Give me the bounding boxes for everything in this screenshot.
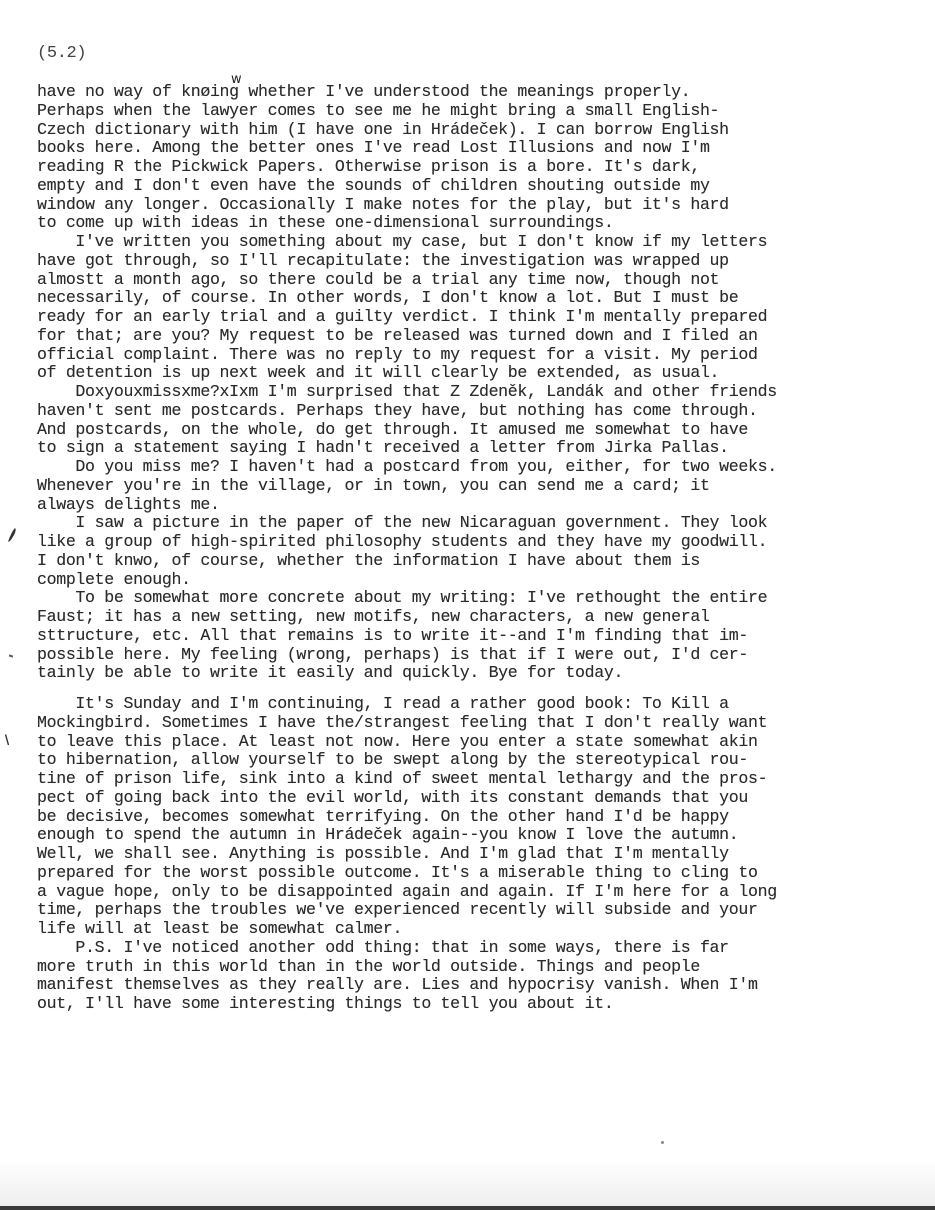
typed-line: to come up with ideas in these one-dimen… xyxy=(37,214,777,233)
typed-line: always delights me. xyxy=(37,496,777,515)
typed-line: I don't knwo, of course, whether the inf… xyxy=(37,552,777,571)
stray-dot xyxy=(661,1141,664,1144)
typed-line: Faust; it has a new setting, new motifs,… xyxy=(37,608,777,627)
typed-line: possible here. My feeling (wrong, perhap… xyxy=(37,646,777,665)
typed-line: manifest themselves as they really are. … xyxy=(37,976,777,995)
typed-line: have no way of knøing whether I've under… xyxy=(37,83,777,102)
typed-line: for that; are you? My request to be rele… xyxy=(37,327,777,346)
scanned-letter-page: (5.2) w have no way of knøing whether I'… xyxy=(0,0,935,1206)
typed-line: books here. Among the better ones I've r… xyxy=(37,139,777,158)
typed-line: I've written you something about my case… xyxy=(37,233,777,252)
typed-line: have got through, so I'll recapitulate: … xyxy=(37,252,777,271)
typed-line: reading R the Pickwick Papers. Otherwise… xyxy=(37,158,777,177)
stray-hook-mark xyxy=(5,734,9,746)
typed-line: be decisive, becomes somewhat terrifying… xyxy=(37,808,777,827)
typed-line: I saw a picture in the paper of the new … xyxy=(37,514,777,533)
typed-line: of detention is up next week and it will… xyxy=(37,364,777,383)
typed-line: prepared for the worst possible outcome.… xyxy=(37,864,777,883)
typed-line: like a group of high-spirited philosophy… xyxy=(37,533,777,552)
typed-line: a vague hope, only to be disappointed ag… xyxy=(37,883,777,902)
typed-line: Doxyouxmissxme?xIxm I'm surprised that Z… xyxy=(37,383,777,402)
typed-line: pect of going back into the evil world, … xyxy=(37,789,777,808)
typed-line: life will at least be somewhat calmer. xyxy=(37,920,777,939)
typed-line: Perhaps when the lawyer comes to see me … xyxy=(37,102,777,121)
typed-line: tainly be able to write it easily and qu… xyxy=(37,664,777,683)
ink-smudge-mark xyxy=(7,527,17,543)
typed-line: empty and I don't even have the sounds o… xyxy=(37,177,777,196)
typed-line: And postcards, on the whole, do get thro… xyxy=(37,421,777,440)
typed-line: tine of prison life, sink into a kind of… xyxy=(37,770,777,789)
stray-mark xyxy=(9,654,13,657)
typed-line: Czech dictionary with him (I have one in… xyxy=(37,121,777,140)
typed-line: almostt a month ago, so there could be a… xyxy=(37,271,777,290)
typed-line: haven't sent me postcards. Perhaps they … xyxy=(37,402,777,421)
typed-line: Well, we shall see. Anything is possible… xyxy=(37,845,777,864)
typed-line: more truth in this world than in the wor… xyxy=(37,958,777,977)
typed-line: Whenever you're in the village, or in to… xyxy=(37,477,777,496)
letter-body: have no way of knøing whether I've under… xyxy=(37,83,777,1014)
typed-line: window any longer. Occasionally I make n… xyxy=(37,196,777,215)
typed-line: official complaint. There was no reply t… xyxy=(37,346,777,365)
typed-line: out, I'll have some interesting things t… xyxy=(37,995,777,1014)
page-number: (5.2) xyxy=(37,44,86,63)
typed-line: sttructure, etc. All that remains is to … xyxy=(37,627,777,646)
typed-line: time, perhaps the troubles we've experie… xyxy=(37,901,777,920)
typed-line: necessarily, of course. In other words, … xyxy=(37,289,777,308)
typed-line: to hibernation, allow yourself to be swe… xyxy=(37,751,777,770)
typed-line: ready for an early trial and a guilty ve… xyxy=(37,308,777,327)
typed-line: complete enough. xyxy=(37,571,777,590)
scan-bottom-edge xyxy=(0,1206,935,1210)
typed-line: enough to spend the autumn in Hrádeček a… xyxy=(37,826,777,845)
typed-line: To be somewhat more concrete about my wr… xyxy=(37,589,777,608)
typed-line: to leave this place. At least not now. H… xyxy=(37,733,777,752)
typed-line: Do you miss me? I haven't had a postcard… xyxy=(37,458,777,477)
typed-line: to sign a statement saying I hadn't rece… xyxy=(37,439,777,458)
typed-line: It's Sunday and I'm continuing, I read a… xyxy=(37,695,777,714)
typed-line: Mockingbird. Sometimes I have the/strang… xyxy=(37,714,777,733)
typed-line: P.S. I've noticed another odd thing: tha… xyxy=(37,939,777,958)
